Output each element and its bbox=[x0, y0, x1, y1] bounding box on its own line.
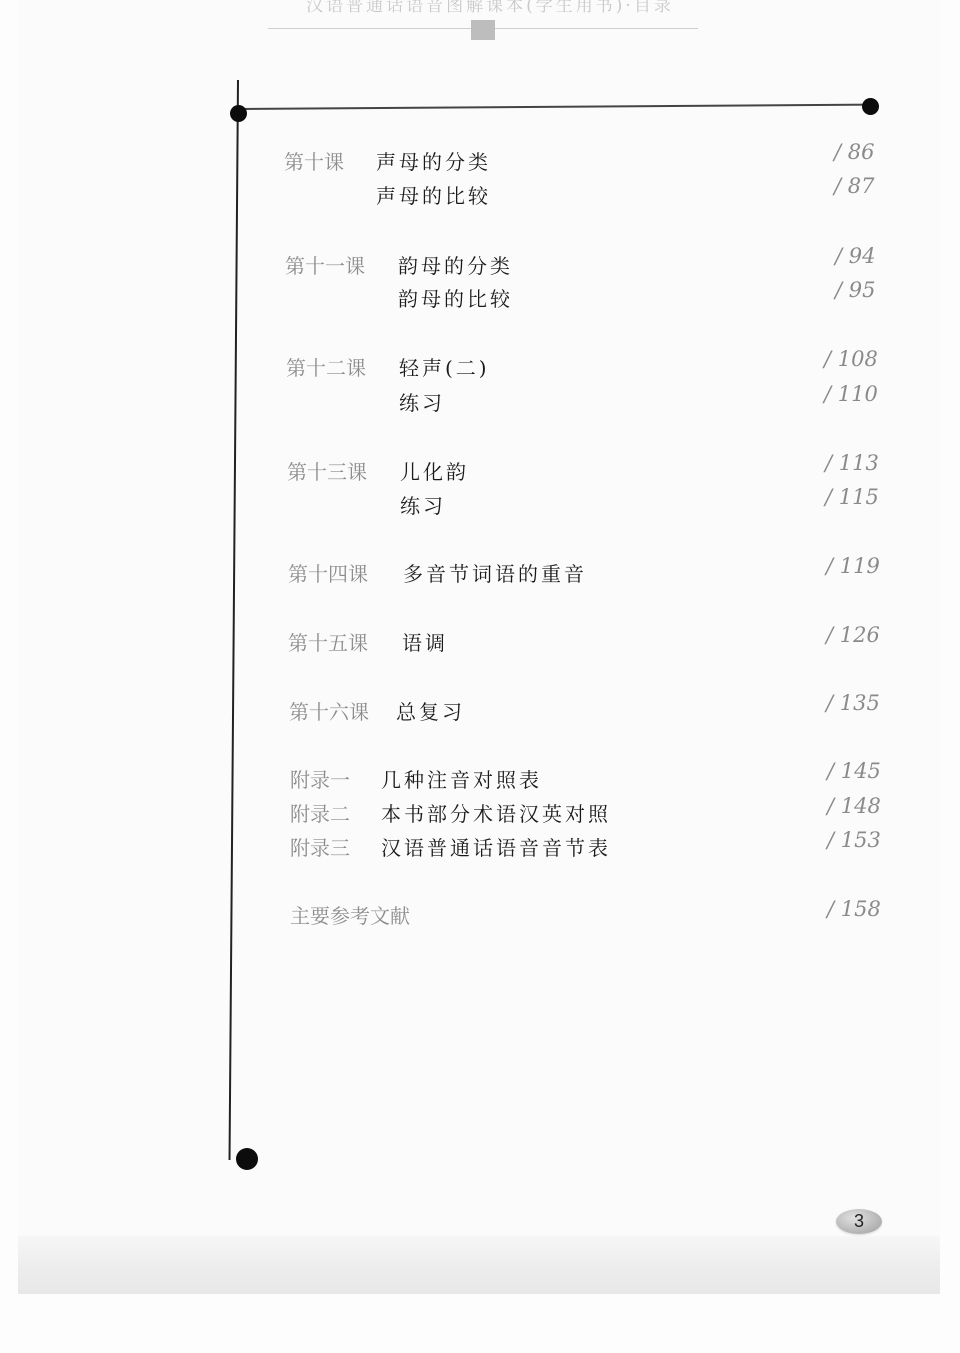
references-label[interactable]: 主要参考文献 bbox=[290, 900, 410, 929]
lesson-label: 第十六课 bbox=[289, 696, 369, 725]
toc-entry-title[interactable]: 儿化韵 bbox=[400, 456, 469, 485]
toc-page-ref[interactable]: / 153 bbox=[827, 828, 881, 852]
header-square-ornament bbox=[471, 20, 495, 40]
toc-entry-title[interactable]: 韵母的分类 bbox=[398, 250, 513, 279]
toc-entry-title[interactable]: 声母的分类 bbox=[376, 146, 491, 175]
toc-page-ref[interactable]: / 108 bbox=[824, 347, 878, 371]
toc-entry-title[interactable]: 几种注音对照表 bbox=[381, 764, 542, 793]
toc-page-ref[interactable]: / 86 bbox=[834, 140, 874, 164]
toc-page-ref[interactable]: / 158 bbox=[827, 897, 881, 921]
page-bottom-shadow bbox=[18, 1236, 940, 1294]
frame-dot-bottom-left bbox=[236, 1148, 258, 1170]
appendix-label: 附录一 bbox=[290, 764, 350, 793]
toc-page-ref[interactable]: / 110 bbox=[824, 382, 878, 406]
lesson-label: 第十课 bbox=[284, 146, 344, 175]
toc-entry-title[interactable]: 声母的比较 bbox=[376, 180, 491, 209]
toc-page-ref[interactable]: / 148 bbox=[827, 794, 881, 818]
lesson-label: 第十一课 bbox=[285, 250, 365, 279]
toc-entry-title[interactable]: 汉语普通话语音音节表 bbox=[381, 832, 611, 861]
toc-entry-title[interactable]: 轻声(二) bbox=[399, 352, 490, 381]
lesson-label: 第十三课 bbox=[287, 456, 367, 485]
toc-page-ref[interactable]: / 119 bbox=[826, 554, 880, 578]
running-header: 汉语普通话语音图解课本(学生用书)·目录 bbox=[300, 0, 680, 16]
toc-entry-title[interactable]: 韵母的比较 bbox=[398, 283, 513, 312]
appendix-label: 附录二 bbox=[290, 798, 350, 827]
toc-entry-title[interactable]: 多音节词语的重音 bbox=[403, 558, 587, 587]
toc-page-ref[interactable]: / 113 bbox=[825, 451, 879, 475]
toc-entry-title[interactable]: 本书部分术语汉英对照 bbox=[381, 798, 611, 827]
frame-dot-top-left bbox=[230, 105, 247, 122]
toc-page-ref[interactable]: / 126 bbox=[826, 623, 880, 647]
toc-entry-title[interactable]: 练习 bbox=[400, 490, 446, 519]
toc-page-ref[interactable]: / 95 bbox=[835, 278, 875, 302]
toc-entry-title[interactable]: 练习 bbox=[399, 387, 445, 416]
appendix-label: 附录三 bbox=[290, 832, 350, 861]
toc-entry-title[interactable]: 总复习 bbox=[396, 696, 465, 725]
frame-dot-top-right bbox=[862, 98, 879, 115]
toc-entry-title[interactable]: 语调 bbox=[402, 627, 448, 656]
toc-page-ref[interactable]: / 94 bbox=[835, 244, 875, 268]
toc-page-ref[interactable]: / 135 bbox=[826, 691, 880, 715]
lesson-label: 第十二课 bbox=[286, 352, 366, 381]
toc-page-ref[interactable]: / 87 bbox=[834, 174, 874, 198]
toc-page-ref[interactable]: / 115 bbox=[825, 485, 879, 509]
lesson-label: 第十五课 bbox=[288, 627, 368, 656]
page-number-badge: 3 bbox=[836, 1209, 882, 1234]
toc-page-ref[interactable]: / 145 bbox=[827, 759, 881, 783]
lesson-label: 第十四课 bbox=[288, 558, 368, 587]
